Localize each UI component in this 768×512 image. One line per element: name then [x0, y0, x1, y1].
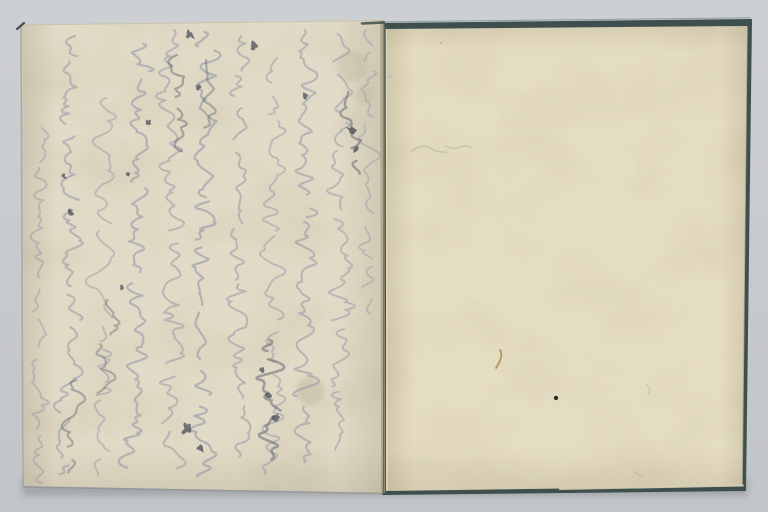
notebook-spread-photograph: [0, 0, 768, 512]
cover-sliver: [362, 23, 384, 24]
notebook-photo: [0, 0, 768, 512]
